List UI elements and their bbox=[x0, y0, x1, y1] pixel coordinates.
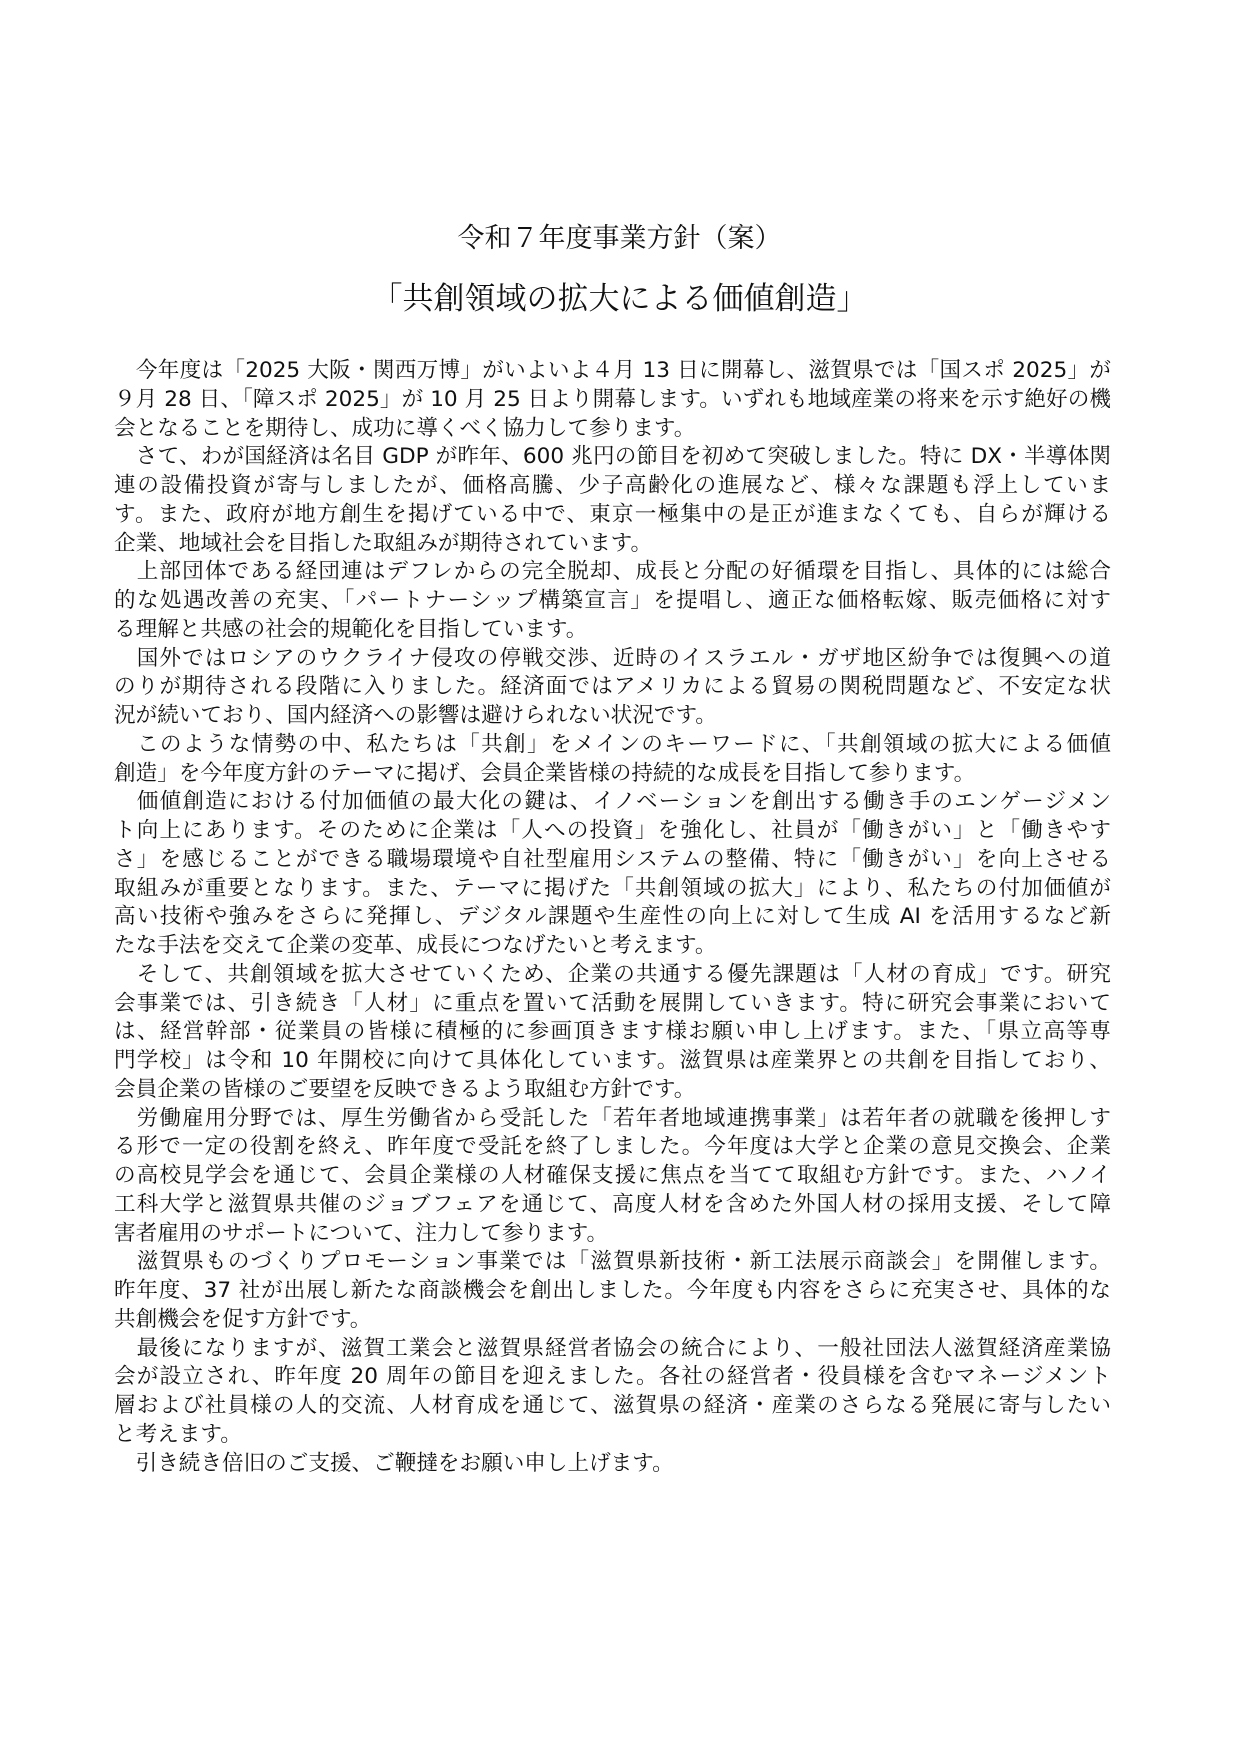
body-text-line: す。また、政府が地方創生を掲げている中で、東京一極集中の是正が進まなくても、自ら… bbox=[114, 501, 1111, 530]
body-text-line: 工科大学と滋賀県共催のジョブフェアを通じて、高度人材を含めた外国人材の採用支援、… bbox=[114, 1191, 1111, 1220]
body-text-line: 高い技術や強みをさらに発揮し、デジタル課題や生産性の向上に対して生成 AI を活… bbox=[114, 903, 1111, 932]
body-text-line: 労働雇用分野では、厚生労働省から受託した「若年者地域連携事業」は若年者の就職を後… bbox=[114, 1105, 1111, 1134]
body-text-line: 創造」を今年度方針のテーマに掲げ、会員企業皆様の持続的な成長を目指して参ります。 bbox=[114, 760, 1114, 789]
body-text-line: 害者雇用のサポートについて、注力して参ります。 bbox=[114, 1220, 1114, 1249]
body-text-line: 共創機会を促す方針です。 bbox=[114, 1306, 1114, 1335]
body-text-line: 会となることを期待し、成功に導くべく協力して参ります。 bbox=[114, 415, 1114, 444]
body-text-line: 取組みが重要となります。また、テーマに掲げた「共創領域の拡大」により、私たちの付… bbox=[114, 875, 1111, 904]
body-text-line: ９月 28 日、「障スポ 2025」が 10 月 25 日より開幕します。いずれ… bbox=[114, 386, 1111, 415]
body-text-line: 会事業では、引き続き「人材」に重点を置いて活動を展開していきます。特に研究会事業… bbox=[114, 990, 1111, 1019]
body-text-line: 今年度は「2025 大阪・関西万博」がいよいよ４月 13 日に開幕し、滋賀県では… bbox=[114, 357, 1111, 386]
body-text-line: そして、共創領域を拡大させていくため、企業の共通する優先課題は「人材の育成」です… bbox=[114, 961, 1111, 990]
body-text-line: さて、わが国経済は名目 GDP が昨年、600 兆円の節目を初めて突破しました。… bbox=[114, 443, 1111, 472]
body-text-line: 昨年度、37 社が出展し新たな商談機会を創出しました。今年度も内容をさらに充実さ… bbox=[114, 1277, 1111, 1306]
body-text-line: たな手法を交えて企業の変革、成長につなげたいと考えます。 bbox=[114, 932, 1114, 961]
document-body: 今年度は「2025 大阪・関西万博」がいよいよ４月 13 日に開幕し、滋賀県では… bbox=[114, 357, 1114, 1478]
body-text-line: のりが期待される段階に入りました。経済面ではアメリカによる貿易の関税問題など、不… bbox=[114, 673, 1111, 702]
body-text-line: さ」を感じることができる職場環境や自社型雇用システムの整備、特に「働きがい」を向… bbox=[114, 846, 1111, 875]
body-text-line: の高校見学会を通じて、会員企業様の人材確保支援に焦点を当てて取組む方針です。また… bbox=[114, 1162, 1111, 1191]
body-text-line: このような情勢の中、私たちは「共創」をメインのキーワードに、「共創領域の拡大によ… bbox=[114, 731, 1111, 760]
body-text-line: 国外ではロシアのウクライナ侵攻の停戦交渉、近時のイスラエル・ガザ地区紛争では復興… bbox=[114, 645, 1111, 674]
body-text-line: 会が設立され、昨年度 20 周年の節目を迎えました。各社の経営者・役員様を含むマ… bbox=[114, 1363, 1111, 1392]
body-text-line: る理解と共感の社会的規範化を目指しています。 bbox=[114, 616, 1114, 645]
body-text-line: は、経営幹部・従業員の皆様に積極的に参画頂きます様お願い申し上げます。また、「県… bbox=[114, 1018, 1111, 1047]
body-text-line: と考えます。 bbox=[114, 1421, 1114, 1450]
body-text-line: 滋賀県ものづくりプロモーション事業では「滋賀県新技術・新工法展示商談会」を開催し… bbox=[114, 1248, 1111, 1277]
document-subtitle: 「共創領域の拡大による価値創造」 bbox=[0, 279, 1239, 319]
body-text-line: 企業、地域社会を目指した取組みが期待されています。 bbox=[114, 530, 1114, 559]
body-text-line: 連の設備投資が寄与しましたが、価格高騰、少子高齢化の進展など、様々な課題も浮上し… bbox=[114, 472, 1111, 501]
body-text-line: 的な処遇改善の充実、「パートナーシップ構築宣言」を提唱し、適正な価格転嫁、販売価… bbox=[114, 587, 1111, 616]
body-text-line: 引き続き倍旧のご支援、ご鞭撻をお願い申し上げます。 bbox=[114, 1450, 1114, 1479]
body-text-line: 上部団体である経団連はデフレからの完全脱却、成長と分配の好循環を目指し、具体的に… bbox=[114, 558, 1111, 587]
body-text-line: 価値創造における付加価値の最大化の鍵は、イノベーションを創出する働き手のエンゲー… bbox=[114, 788, 1111, 817]
body-text-line: 層および社員様の人的交流、人材育成を通じて、滋賀県の経済・産業のさらなる発展に寄… bbox=[114, 1392, 1111, 1421]
body-text-line: 最後になりますが、滋賀工業会と滋賀県経営者協会の統合により、一般社団法人滋賀経済… bbox=[114, 1335, 1111, 1364]
body-text-line: る形で一定の役割を終え、昨年度で受託を終了しました。今年度は大学と企業の意見交換… bbox=[114, 1133, 1111, 1162]
body-text-line: ト向上にあります。そのために企業は「人への投資」を強化し、社員が「働きがい」と「… bbox=[114, 817, 1111, 846]
body-text-line: 門学校」は令和 10 年開校に向けて具体化しています。滋賀県は産業界との共創を目… bbox=[114, 1047, 1111, 1076]
body-text-line: 会員企業の皆様のご要望を反映できるよう取組む方針です。 bbox=[114, 1076, 1114, 1105]
document-title: 令和７年度事業方針（案） bbox=[0, 221, 1239, 257]
document-page: 令和７年度事業方針（案） 「共創領域の拡大による価値創造」 今年度は「2025 … bbox=[0, 0, 1239, 1754]
body-text-line: 況が続いており、国内経済への影響は避けられない状況です。 bbox=[114, 702, 1114, 731]
